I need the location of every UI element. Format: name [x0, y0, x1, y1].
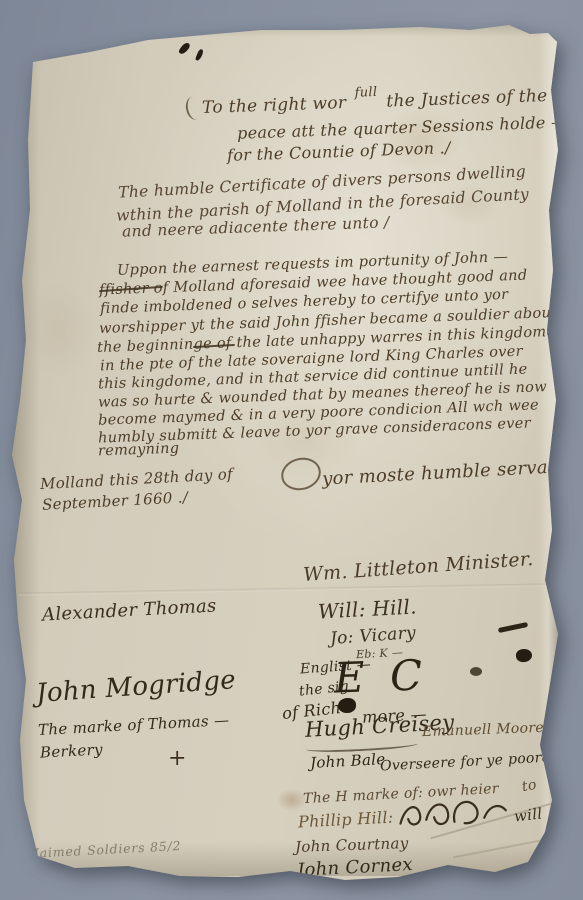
scan-background: To the right wor full the Justices of th… [0, 0, 583, 900]
ink-blot-top-1 [178, 41, 191, 56]
signature-will-hill: Will: Hill. [317, 594, 417, 623]
header-line-1-end: the Justices of the [386, 86, 548, 112]
top-edge-shade [28, 25, 548, 37]
signature-marke-of-thomas: The marke of Thomas — [38, 711, 230, 739]
attestation-line-1-tail: to [521, 777, 538, 795]
attestation-john-cornex: John Cornex [297, 854, 414, 881]
attestation-john-courtnay: John Courtnay [295, 834, 409, 856]
left-edge-shade [10, 50, 40, 870]
berkery-cross-mark: + [168, 746, 187, 771]
phillip-hill-scribble-mark [391, 792, 513, 838]
signature-john-bale: John Bale [310, 750, 386, 772]
horizontal-crease [18, 583, 548, 595]
right-edge-dark [548, 600, 558, 870]
corner-crease-2 [453, 834, 571, 859]
header-line-3: for the Countie of Devon ./ [227, 138, 451, 165]
signature-jo-vicary: Jo: Vicary [329, 623, 416, 649]
body-line-11: remayning [98, 441, 180, 460]
dateline-line-2: September 1660 ./ [42, 488, 189, 514]
signature-john-mogridge: John Mogridge [35, 665, 237, 709]
attestation-phillip-hill: Phillip Hill: [298, 808, 394, 832]
signature-alexander-thomas: Alexander Thomas [42, 595, 218, 625]
signature-ec-mark: E C [333, 650, 429, 702]
attestation-line-2-tail: will [513, 805, 543, 826]
signature-minister: Wm. Littleton Minister. [303, 548, 535, 586]
archive-reference-note: Maimed Soldiers 85/2 [26, 838, 182, 861]
paper-shadow: To the right wor full the Justices of th… [0, 0, 583, 900]
header-superscript-insertion: full [354, 85, 377, 101]
header-line-2: peace att the quarter Sessions holde — [237, 112, 568, 143]
ink-blot-round [515, 648, 533, 664]
signature-emanuell-moore: Emanuell Moore [422, 720, 544, 740]
right-edge-highlight [538, 30, 558, 870]
valediction: yor moste humble servante [322, 455, 579, 489]
dateline-line-1: Molland this 28th day of [40, 465, 234, 493]
ink-blot-rich [338, 698, 356, 713]
header-line-1-start: To the right wor [202, 93, 347, 118]
valediction-flourish-loop [278, 454, 325, 495]
ink-blot-small [470, 667, 482, 676]
manuscript-paper: To the right wor full the Justices of th… [0, 0, 583, 900]
signature-berkery: Berkery [40, 740, 104, 761]
ink-blot-top-2 [195, 49, 204, 62]
header-line-1: To the right wor full the Justices of th… [202, 86, 548, 118]
ink-blot-dash [498, 622, 528, 633]
signature-overseer: Overseere for ye poore [380, 750, 551, 775]
